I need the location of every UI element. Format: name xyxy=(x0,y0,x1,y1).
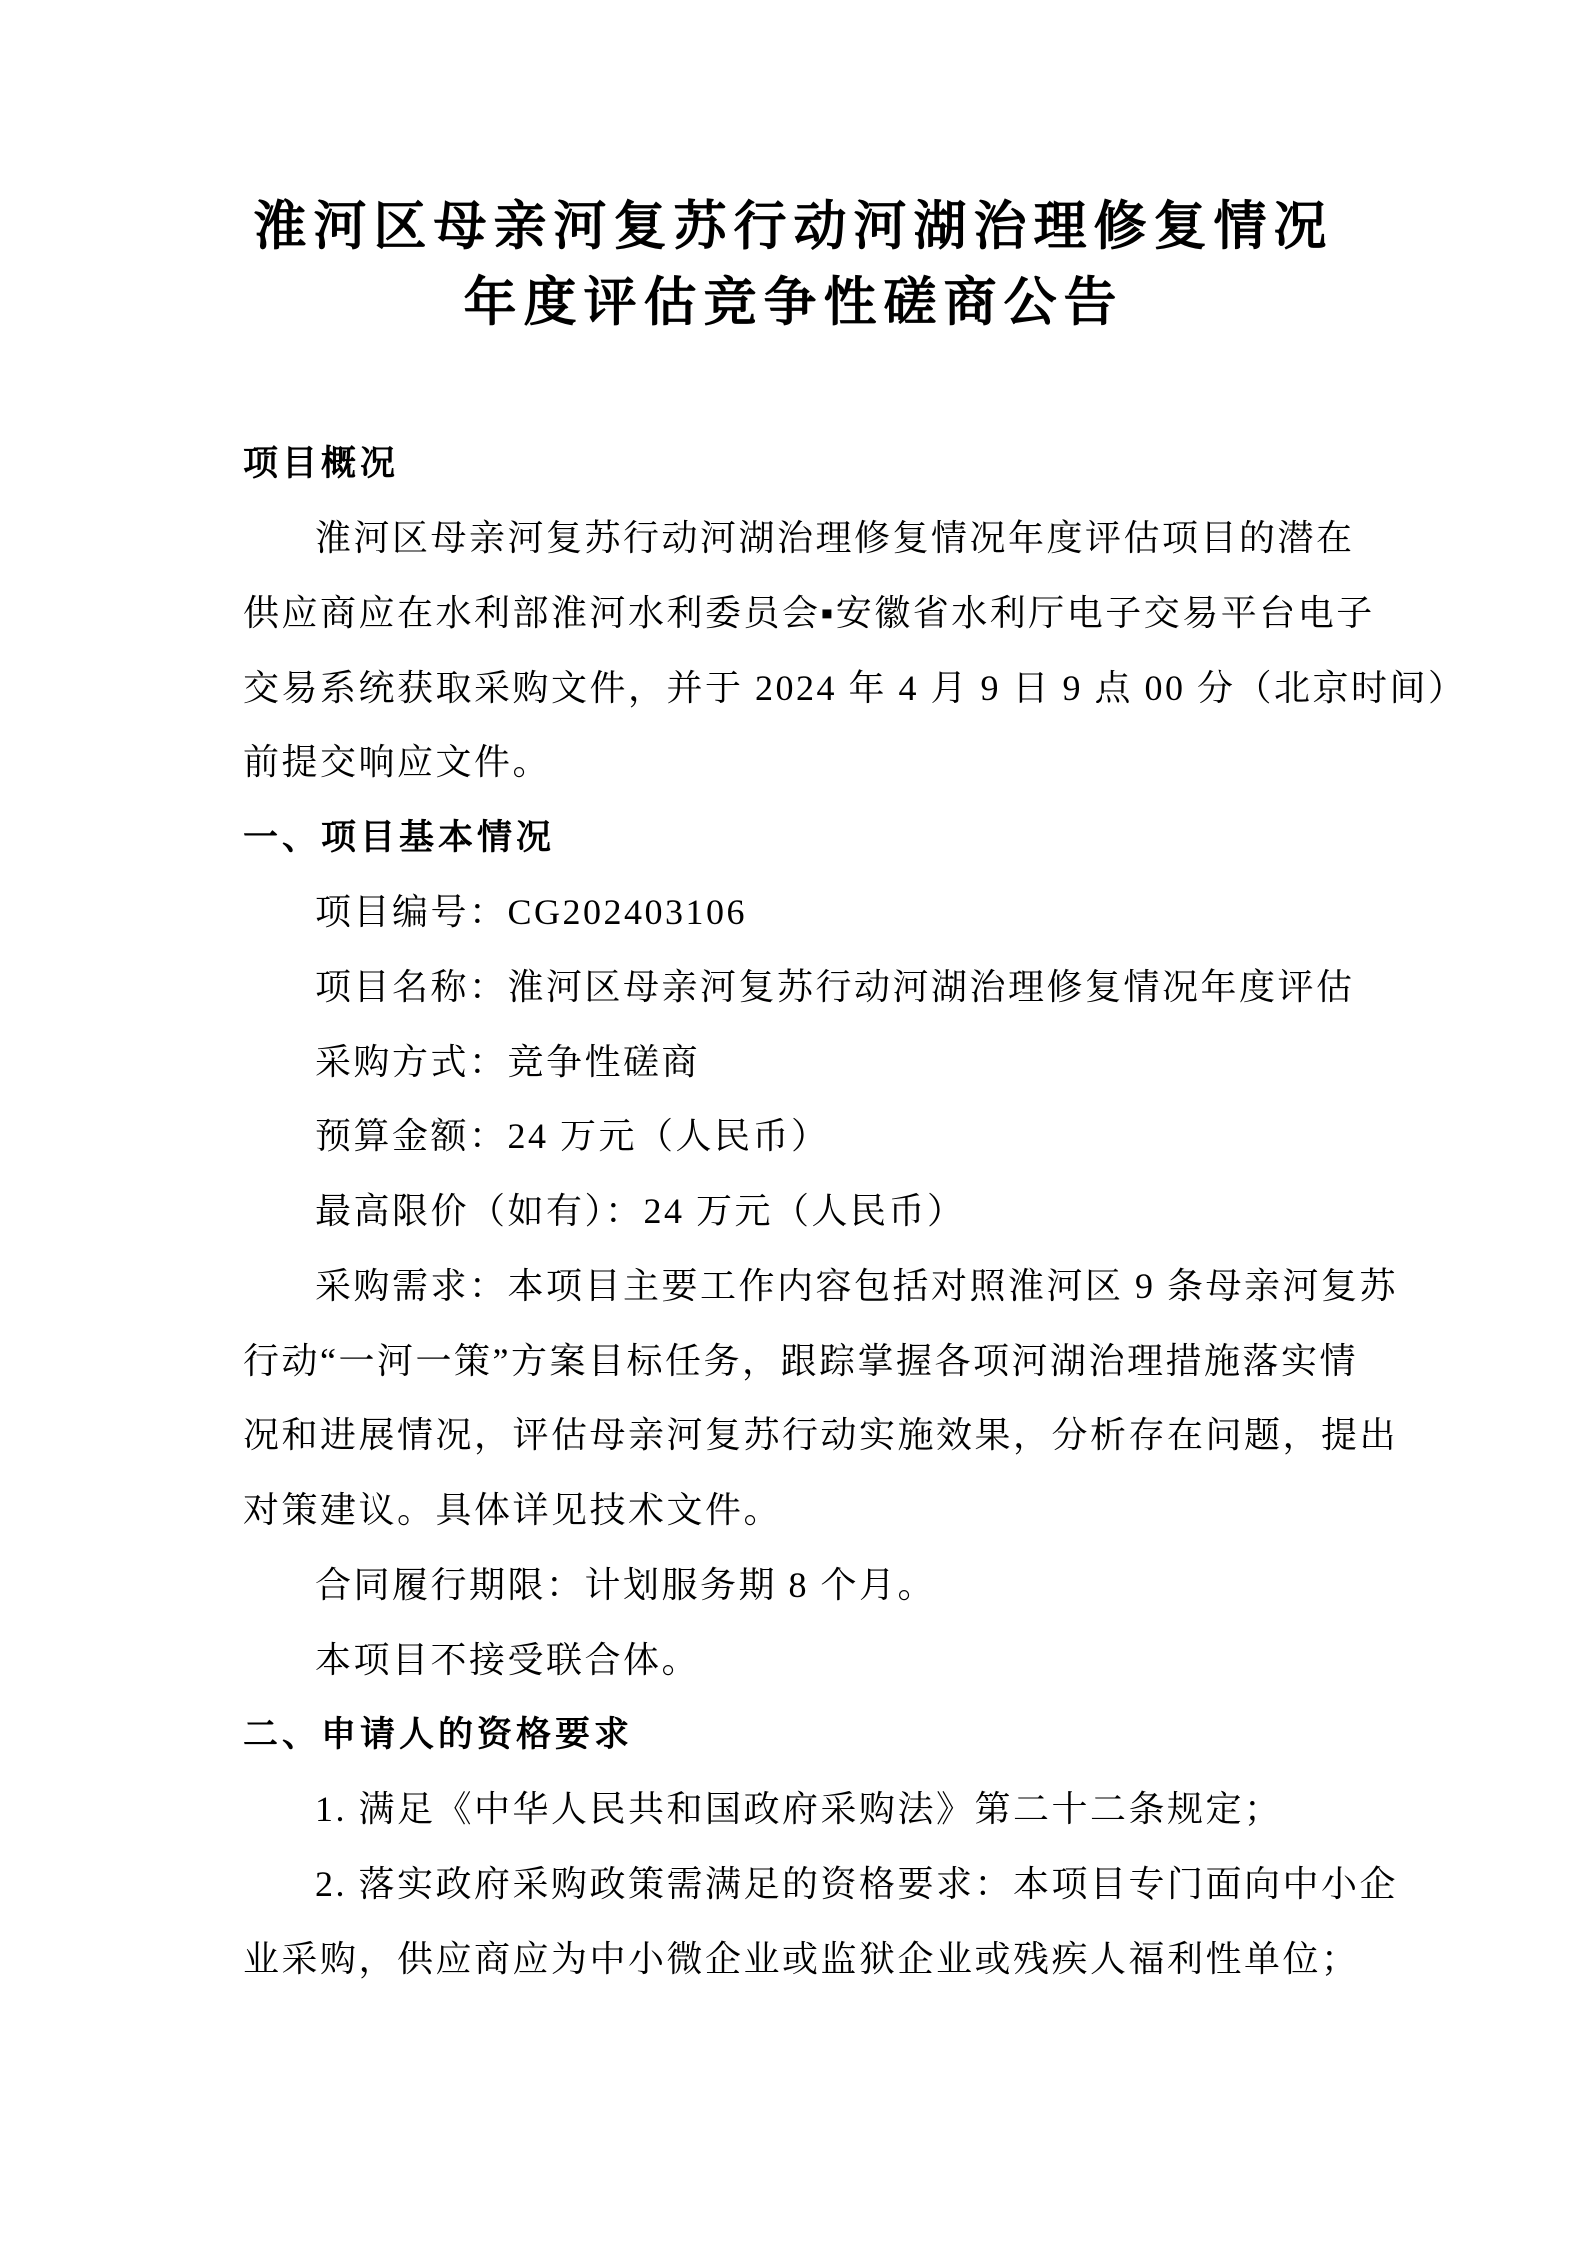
max-price-line: 最高限价（如有）：24 万元（人民币） xyxy=(315,1174,966,1249)
contract-period-line: 合同履行期限：计划服务期 8 个月。 xyxy=(315,1548,936,1623)
procurement-demand-line: 行动“一河一策”方案目标任务，跟踪掌握各项河湖治理措施落实情 xyxy=(243,1324,1358,1399)
document-title-line-2: 年度评估竞争性磋商公告 xyxy=(0,265,1587,341)
qualification-item-line: 业采购，供应商应为中小微企业或监狱企业或残疾人福利性单位； xyxy=(243,1922,1360,1997)
procurement-demand-line: 对策建议。具体详见技术文件。 xyxy=(243,1473,782,1548)
document-title-line-1: 淮河区母亲河复苏行动河湖治理修复情况 xyxy=(0,189,1587,265)
no-consortium-line: 本项目不接受联合体。 xyxy=(315,1623,700,1698)
qualification-item-line: 2. 落实政府采购政策需满足的资格要求：本项目专门面向中小企 xyxy=(315,1847,1398,1922)
overview-paragraph-line: 供应商应在水利部淮河水利委员会▪安徽省水利厅电子交易平台电子 xyxy=(243,576,1375,651)
budget-amount-line: 预算金额：24 万元（人民币） xyxy=(315,1099,830,1174)
overview-paragraph-line: 交易系统获取采购文件，并于 2024 年 4 月 9 日 9 点 00 分（北京… xyxy=(243,651,1467,726)
qualification-item-line: 1. 满足《中华人民共和国政府采购法》第二十二条规定； xyxy=(315,1772,1283,1847)
procurement-demand-line: 采购需求：本项目主要工作内容包括对照淮河区 9 条母亲河复苏 xyxy=(315,1249,1398,1324)
section-heading-basic-info: 一、项目基本情况 xyxy=(243,800,555,875)
section-heading-applicant-qualifications: 二、申请人的资格要求 xyxy=(243,1697,633,1772)
overview-paragraph-line: 前提交响应文件。 xyxy=(243,725,551,800)
project-name-line: 项目名称：淮河区母亲河复苏行动河湖治理修复情况年度评估 xyxy=(315,950,1355,1025)
section-heading-project-overview: 项目概况 xyxy=(243,426,399,501)
procurement-demand-line: 况和进展情况，评估母亲河复苏行动实施效果，分析存在问题，提出 xyxy=(243,1398,1398,1473)
document-page: 淮河区母亲河复苏行动河湖治理修复情况 年度评估竞争性磋商公告 项目概况 淮河区母… xyxy=(0,0,1587,2245)
procurement-method-line: 采购方式：竞争性磋商 xyxy=(315,1025,700,1100)
overview-paragraph-line: 淮河区母亲河复苏行动河湖治理修复情况年度评估项目的潜在 xyxy=(315,501,1355,576)
project-number-line: 项目编号：CG202403106 xyxy=(315,875,747,950)
